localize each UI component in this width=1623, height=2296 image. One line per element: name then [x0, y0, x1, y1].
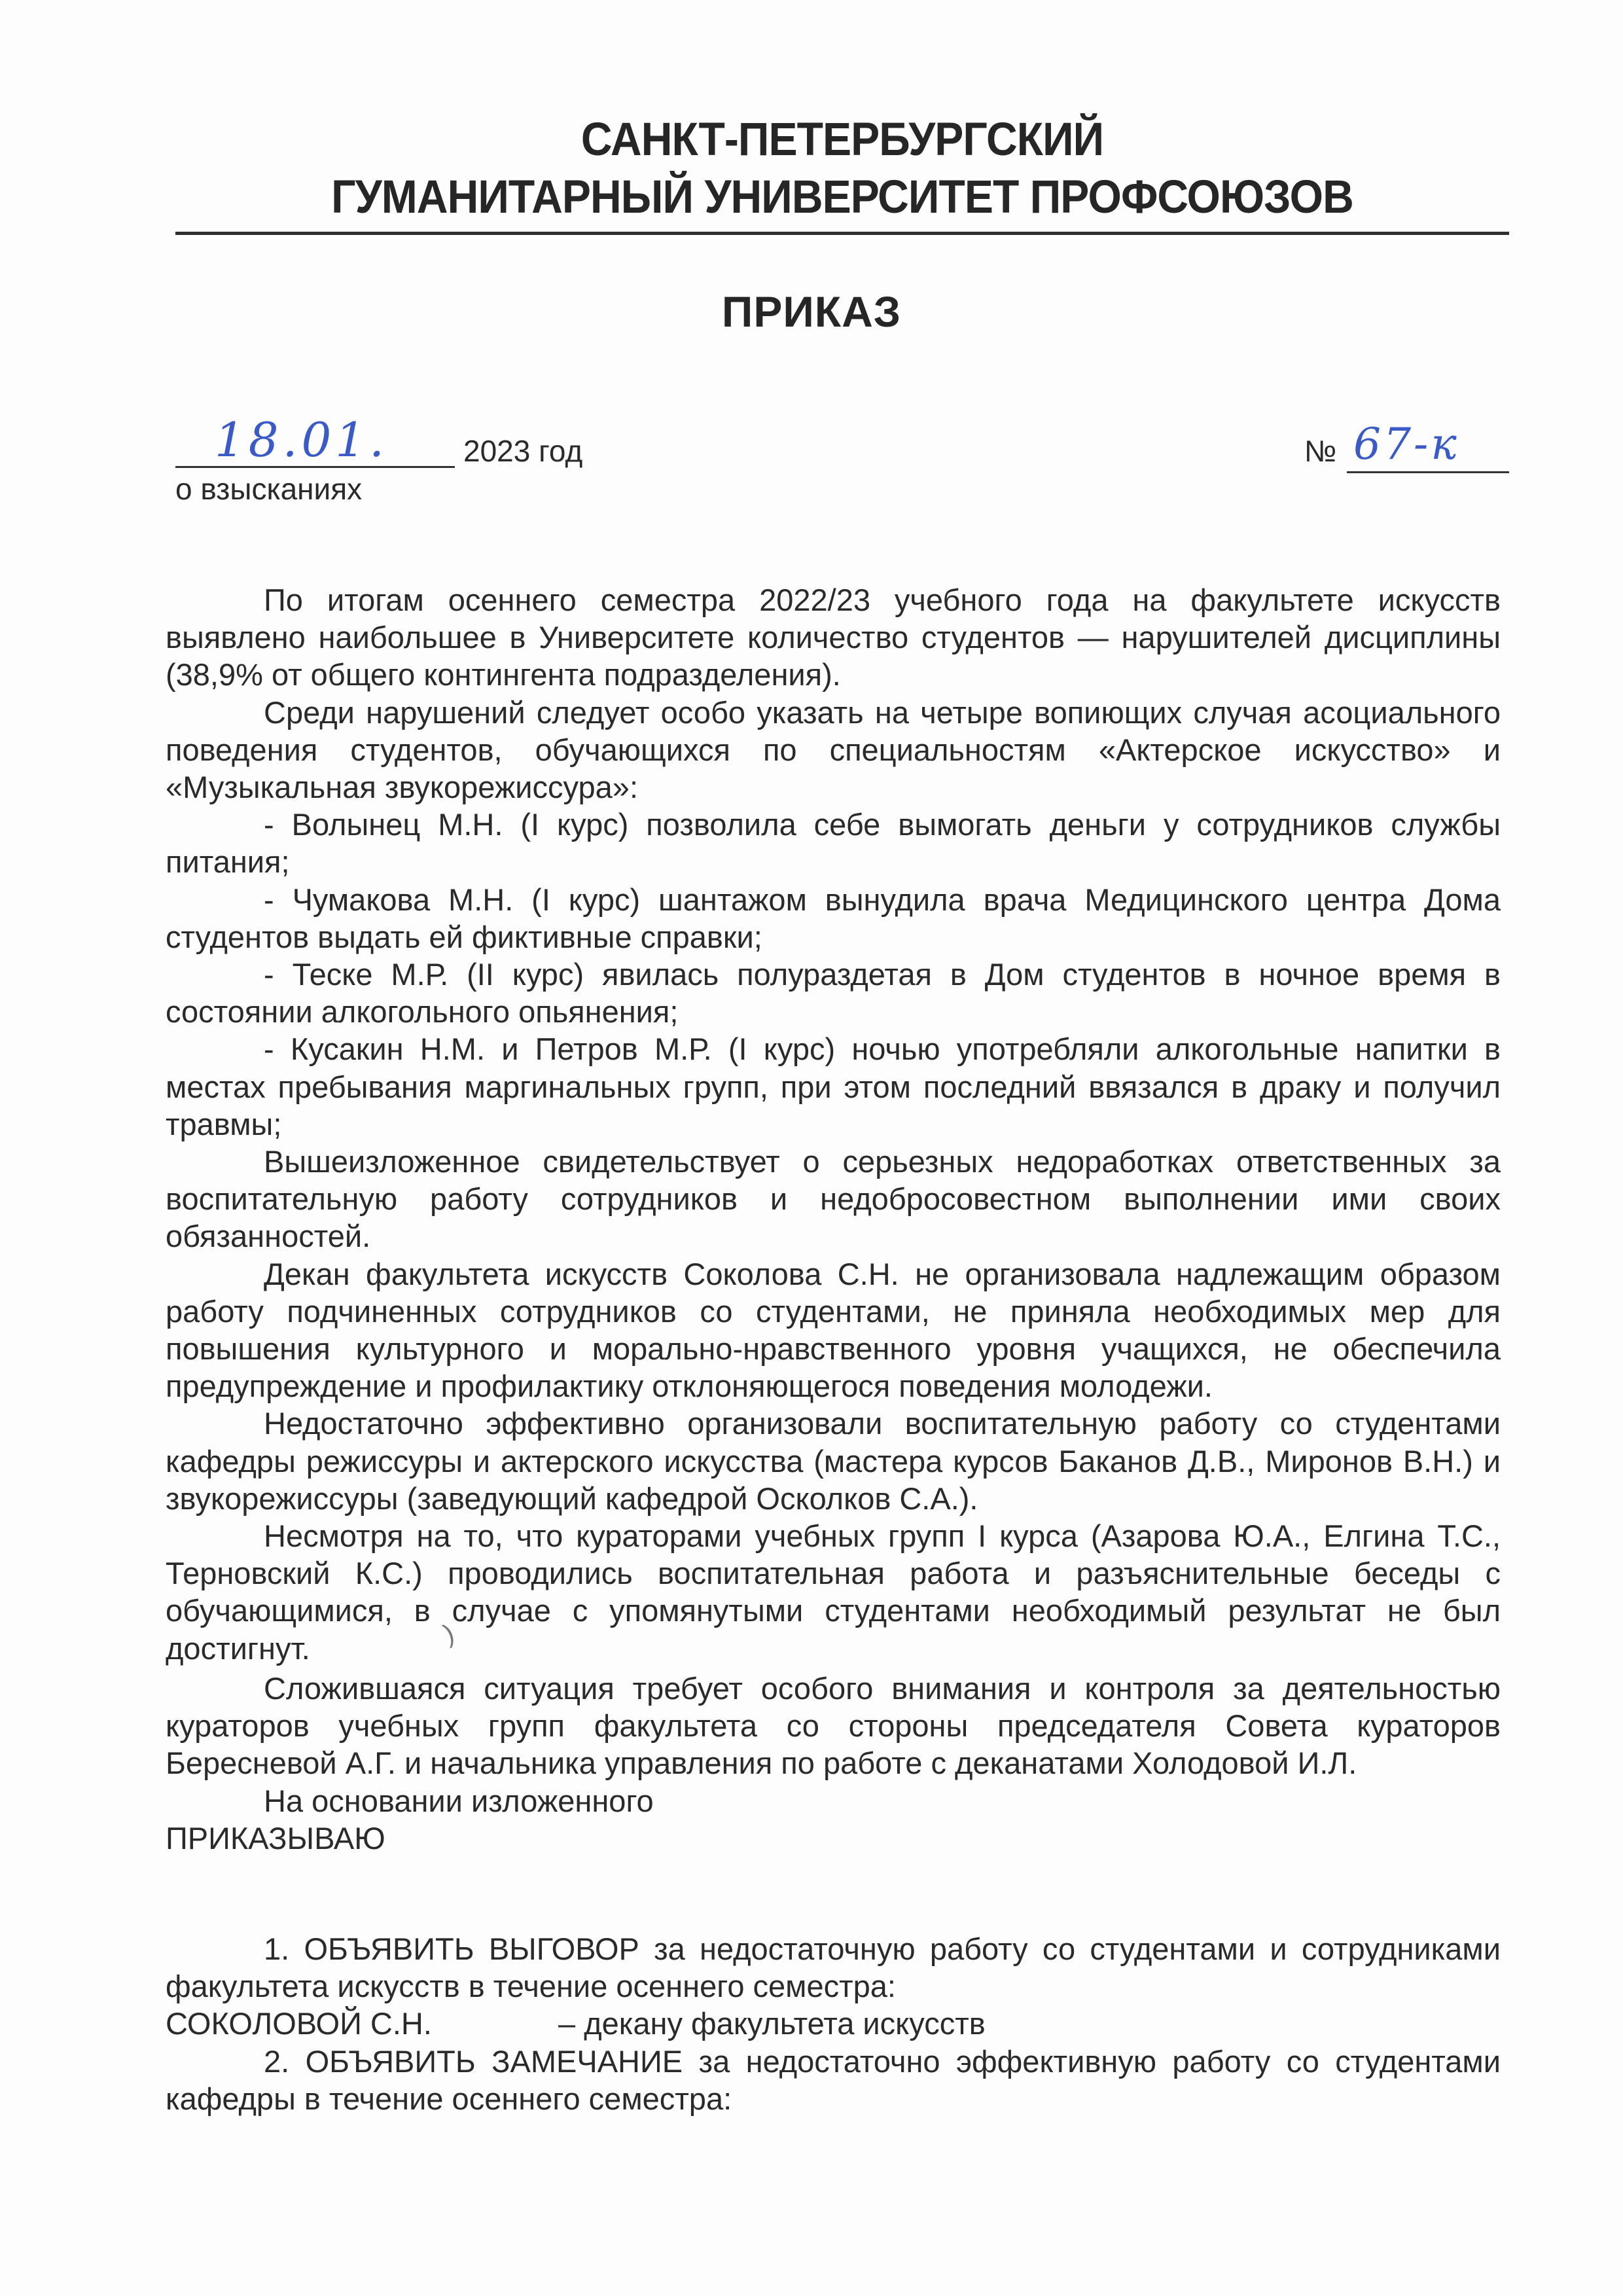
- paragraph-conclusion: Вышеизложенное свидетельствует о серьезн…: [166, 1143, 1501, 1255]
- paragraph-departments: Недостаточно эффективно организовали вос…: [166, 1405, 1501, 1517]
- number-underline: [1347, 471, 1509, 473]
- order-word: ПРИКАЗЫВАЮ: [166, 1820, 1501, 1857]
- date-underline: [175, 466, 455, 468]
- violation-item: - Теске М.Р. (II курс) явилась полуразде…: [166, 956, 1501, 1030]
- paragraph-situation: Сложившаяся ситуация требует особого вни…: [166, 1670, 1501, 1782]
- letterhead-divider: [175, 232, 1509, 235]
- spacer: [166, 1857, 1501, 1930]
- document-page: САНКТ-ПЕТЕРБУРГСКИЙ ГУМАНИТАРНЫЙ УНИВЕРС…: [0, 0, 1623, 2296]
- paragraph-curators-text: Несмотря на то, что кураторами учебных г…: [166, 1518, 1501, 1666]
- paragraph-violations-intro: Среди нарушений следует особо указать на…: [166, 694, 1501, 806]
- paragraph-dean: Декан факультета искусств Соколова С.Н. …: [166, 1255, 1501, 1405]
- date-number-row: 18.01. 2023 год № 67-к: [175, 419, 1509, 478]
- violation-item: - Чумакова М.Н. (I курс) шантажом вынуди…: [166, 881, 1501, 956]
- year-label: 2023 год: [463, 433, 582, 469]
- number-sign: №: [1304, 433, 1336, 469]
- paragraph-curators: Несмотря на то, что кураторами учебных г…: [166, 1517, 1501, 1670]
- university-name-line-2: ГУМАНИТАРНЫЙ УНИВЕРСИТЕТ ПРОФСОЮЗОВ: [222, 169, 1462, 226]
- document-type-title: ПРИКАЗ: [0, 287, 1623, 336]
- order-item-1: 1. ОБЪЯВИТЬ ВЫГОВОР за недостаточную раб…: [166, 1930, 1501, 2005]
- order-body: По итогам осеннего семестра 2022/23 учеб…: [166, 581, 1501, 2117]
- violation-item: - Кусакин Н.М. и Петров М.Р. (I курс) но…: [166, 1030, 1501, 1143]
- paragraph-basis: На основании изложенного: [166, 1782, 1501, 1820]
- penalized-name: СОКОЛОВОЙ С.Н.: [166, 2005, 558, 2042]
- order-item-2: 2. ОБЪЯВИТЬ ЗАМЕЧАНИЕ за недостаточно эф…: [166, 2043, 1501, 2117]
- paragraph-summary: По итогам осеннего семестра 2022/23 учеб…: [166, 581, 1501, 694]
- penalized-role: – декану факультета искусств: [558, 2005, 986, 2042]
- handwritten-date: 18.01.: [215, 412, 388, 467]
- letterhead: САНКТ-ПЕТЕРБУРГСКИЙ ГУМАНИТАРНЫЙ УНИВЕРС…: [175, 111, 1509, 226]
- order-subject: о взысканиях: [175, 471, 362, 507]
- university-name-line-1: САНКТ-ПЕТЕРБУРГСКИЙ: [222, 111, 1462, 169]
- violation-item: - Волынец М.Н. (I курс) позволила себе в…: [166, 806, 1501, 880]
- handwritten-order-number: 67-к: [1353, 419, 1459, 469]
- penalized-person: СОКОЛОВОЙ С.Н. – декану факультета искус…: [166, 2005, 1501, 2042]
